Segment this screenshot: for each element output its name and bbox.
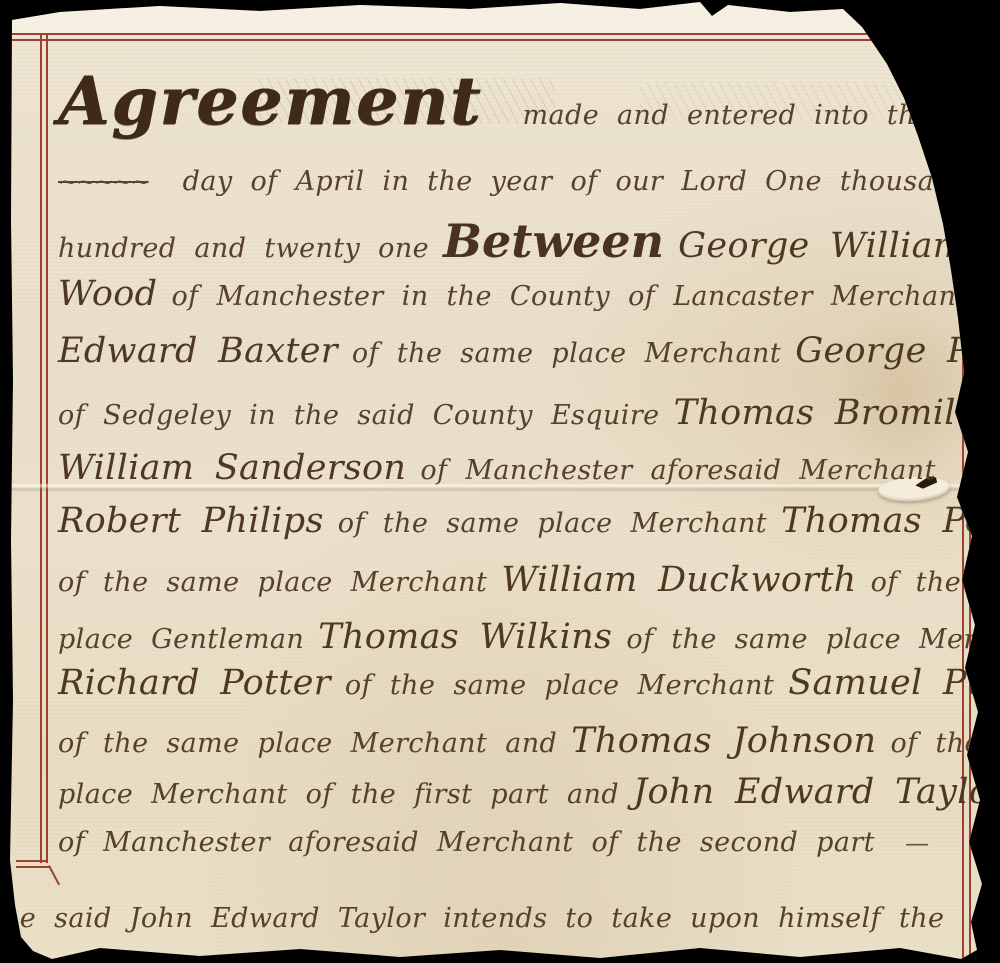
document-line: of Manchester aforesaid Merchant of the … — [58, 827, 982, 858]
text-segment: William Duckworth — [501, 560, 856, 600]
text-segment: Samuel Pullein — [788, 663, 1000, 703]
text-segment: Wood — [58, 274, 157, 314]
text-segment: of the same place Merchant — [345, 670, 774, 701]
document-line: place Gentleman Thomas Wilkins of the sa… — [58, 617, 982, 657]
text-segment: place Merchant of the first part and — [58, 779, 619, 810]
text-segment: of the same place Merchant — [626, 624, 1000, 655]
text-segment: — — [966, 457, 992, 485]
text-segment: of the same — [890, 728, 1000, 759]
document-line: Wood of Manchester in the County of Lanc… — [58, 274, 982, 314]
text-segment: Robert Philips — [58, 501, 324, 541]
text-segment: George Philips — [795, 331, 1000, 371]
text-segment: William Sanderson — [58, 448, 406, 488]
manuscript-text-block: Agreement made and entered into this twe… — [0, 0, 1000, 963]
text-segment: Thomas Wilkins — [318, 617, 612, 657]
manuscript-paper-sheet: Agreement made and entered into this twe… — [0, 0, 1000, 963]
text-segment: of the same — [871, 567, 1000, 598]
text-segment: Between — [443, 214, 664, 268]
text-segment: Thomas Potter — [781, 501, 1000, 541]
document-line: Richard Potter of the same place Merchan… — [58, 663, 982, 703]
text-segment: Thomas Johnson — [571, 721, 876, 761]
text-segment: ~~~~~ — [58, 168, 149, 196]
text-segment: of the same place Merchant — [58, 567, 487, 598]
text-segment: Richard Potter — [58, 663, 331, 703]
document-heading-word: Agreement — [58, 62, 482, 140]
text-segment: of Manchester aforesaid Merchant — [420, 455, 936, 486]
text-segment: Thomas Bromiley — [674, 393, 997, 433]
document-line: he said John Edward Taylor intends to ta… — [2, 903, 982, 934]
text-segment: George William — [678, 226, 966, 266]
text-segment: day of April in the year of our Lord One… — [183, 166, 1000, 197]
document-line: ~~~~~ day of April in the year of our Lo… — [58, 166, 982, 197]
text-segment: Edward Baxter — [58, 331, 338, 371]
text-segment: … — [974, 905, 1000, 933]
text-segment: of the same place Merchant — [338, 508, 767, 539]
document-line: hundred and twenty one Between George Wi… — [58, 214, 982, 268]
document-line: Edward Baxter of the same place Merchant… — [58, 331, 982, 371]
text-segment: hundred and twenty one — [58, 233, 429, 264]
text-segment: of Manchester aforesaid Merchant of the … — [58, 827, 875, 858]
document-line: William Sanderson of Manchester aforesai… — [58, 448, 982, 488]
document-line: Robert Philips of the same place Merchan… — [58, 501, 982, 541]
photograph-background: Agreement made and entered into this twe… — [0, 0, 1000, 963]
text-segment: — — [996, 235, 1000, 263]
text-segment: John Edward Taylor — [633, 772, 1000, 812]
document-line: of the same place Merchant and Thomas Jo… — [58, 721, 982, 761]
text-segment: of Sedgeley in the said County Esquire — [58, 400, 660, 431]
document-line: place Merchant of the first part and Joh… — [58, 772, 982, 812]
document-line: Agreement made and entered into this twe… — [58, 62, 982, 140]
text-segment: made and entered into this twenty eighth — [523, 100, 1000, 131]
document-line: of the same place Merchant William Duckw… — [58, 560, 982, 600]
text-segment: — — [905, 829, 931, 857]
text-segment: he said John Edward Taylor intends to ta… — [2, 903, 944, 934]
text-segment: of Manchester in the County of Lancaster… — [171, 281, 967, 312]
text-segment: place Gentleman — [58, 624, 304, 655]
document-line: of Sedgeley in the said County Esquire T… — [58, 393, 982, 433]
text-segment: of the same place Merchant and — [58, 728, 557, 759]
text-segment: of the same place Merchant — [352, 338, 781, 369]
